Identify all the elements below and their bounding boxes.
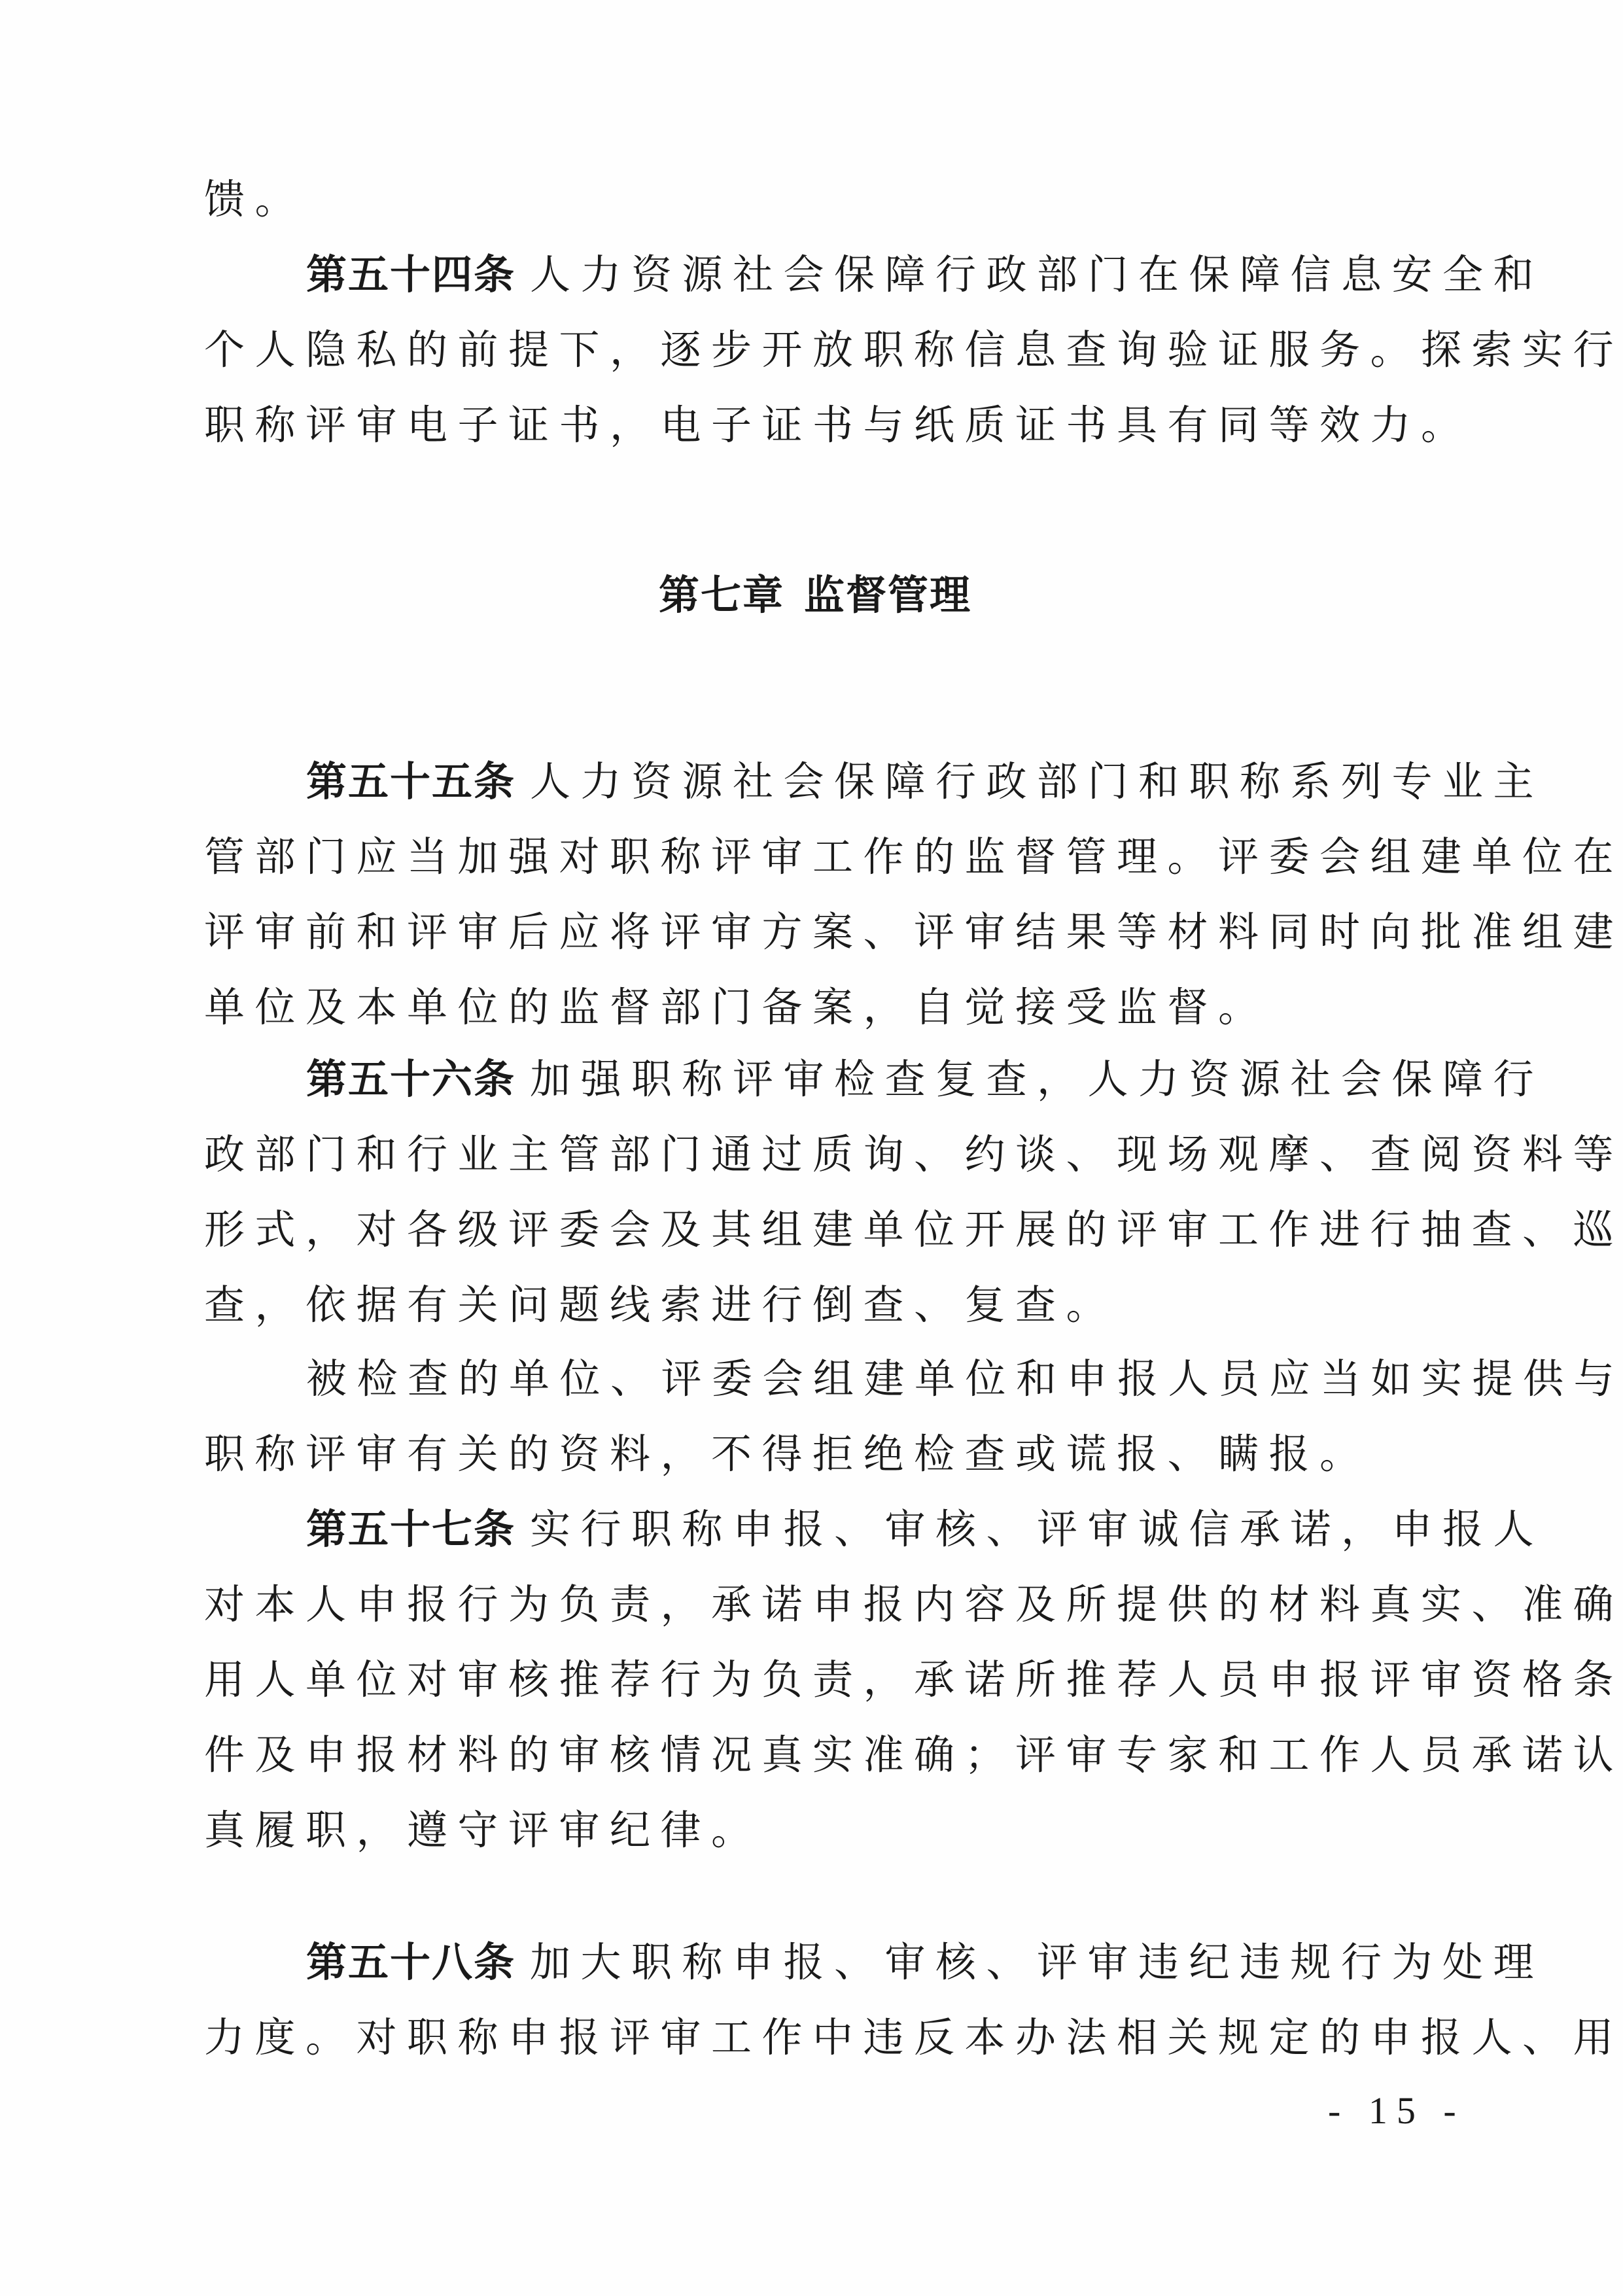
continuation-text: 馈。 (204, 173, 1426, 226)
article-56-para2-line-2: 职称评审有关的资料，不得拒绝检查或谎报、瞒报。 (204, 1428, 1426, 1480)
article-56-line-1: 第五十六条加强职称评审检查复查，人力资源社会保障行 (204, 1053, 1426, 1105)
article-54-line-1: 第五十四条人力资源社会保障行政部门在保障信息安全和 (204, 249, 1426, 301)
article-55-line-3: 评审前和评审后应将评审方案、评审结果等材料同时向批准组建 (204, 906, 1426, 958)
article-text: 加大职称申报、审核、评审违纪违规行为处理 (530, 1938, 1544, 1986)
article-54-line-2: 个人隐私的前提下，逐步开放职称信息查询验证服务。探索实行 (204, 324, 1426, 376)
article-label: 第五十五条 (306, 757, 515, 805)
article-label: 第五十六条 (306, 1055, 515, 1103)
chapter-title: 监督管理 (804, 571, 971, 619)
article-text: 人力资源社会保障行政部门在保障信息安全和 (530, 251, 1544, 298)
article-55-line-2: 管部门应当加强对职称评审工作的监督管理。评委会组建单位在 (204, 831, 1426, 883)
article-56-para2-line-1: 被检查的单位、评委会组建单位和申报人员应当如实提供与 (204, 1353, 1426, 1405)
article-label: 第五十七条 (306, 1505, 515, 1553)
article-58-line-2: 力度。对职称申报评审工作中违反本办法相关规定的申报人、用 (204, 2011, 1426, 2064)
article-label: 第五十八条 (306, 1938, 515, 1986)
article-58-line-1: 第五十八条加大职称申报、审核、评审违纪违规行为处理 (204, 1936, 1426, 1989)
article-54-line-3: 职称评审电子证书，电子证书与纸质证书具有同等效力。 (204, 399, 1426, 451)
article-text: 实行职称申报、审核、评审诚信承诺，申报人 (530, 1505, 1544, 1553)
page-number: - 15 - (1328, 2088, 1465, 2134)
article-56-line-4: 查，依据有关问题线索进行倒查、复查。 (204, 1279, 1426, 1331)
chapter-heading: 第七章监督管理 (204, 569, 1426, 621)
document-page: 馈。 第五十四条人力资源社会保障行政部门在保障信息安全和 个人隐私的前提下，逐步… (0, 0, 1623, 2296)
article-56-line-2: 政部门和行业主管部门通过质询、约谈、现场观摩、查阅资料等 (204, 1128, 1426, 1181)
article-57-line-1: 第五十七条实行职称申报、审核、评审诚信承诺，申报人 (204, 1503, 1426, 1556)
article-label: 第五十四条 (306, 251, 515, 298)
article-57-line-2: 对本人申报行为负责，承诺申报内容及所提供的材料真实、准确； (204, 1578, 1426, 1631)
article-text: 人力资源社会保障行政部门和职称系列专业主 (530, 757, 1544, 805)
article-55-line-1: 第五十五条人力资源社会保障行政部门和职称系列专业主 (204, 756, 1426, 808)
article-55-line-4: 单位及本单位的监督部门备案，自觉接受监督。 (204, 981, 1426, 1034)
article-57-line-3: 用人单位对审核推荐行为负责，承诺所推荐人员申报评审资格条 (204, 1654, 1426, 1706)
article-57-line-4: 件及申报材料的审核情况真实准确；评审专家和工作人员承诺认 (204, 1729, 1426, 1781)
article-56-line-3: 形式，对各级评委会及其组建单位开展的评审工作进行抽查、巡 (204, 1204, 1426, 1256)
article-57-line-5: 真履职，遵守评审纪律。 (204, 1804, 1426, 1856)
chapter-number: 第七章 (659, 571, 784, 619)
article-text: 加强职称评审检查复查，人力资源社会保障行 (530, 1055, 1544, 1103)
